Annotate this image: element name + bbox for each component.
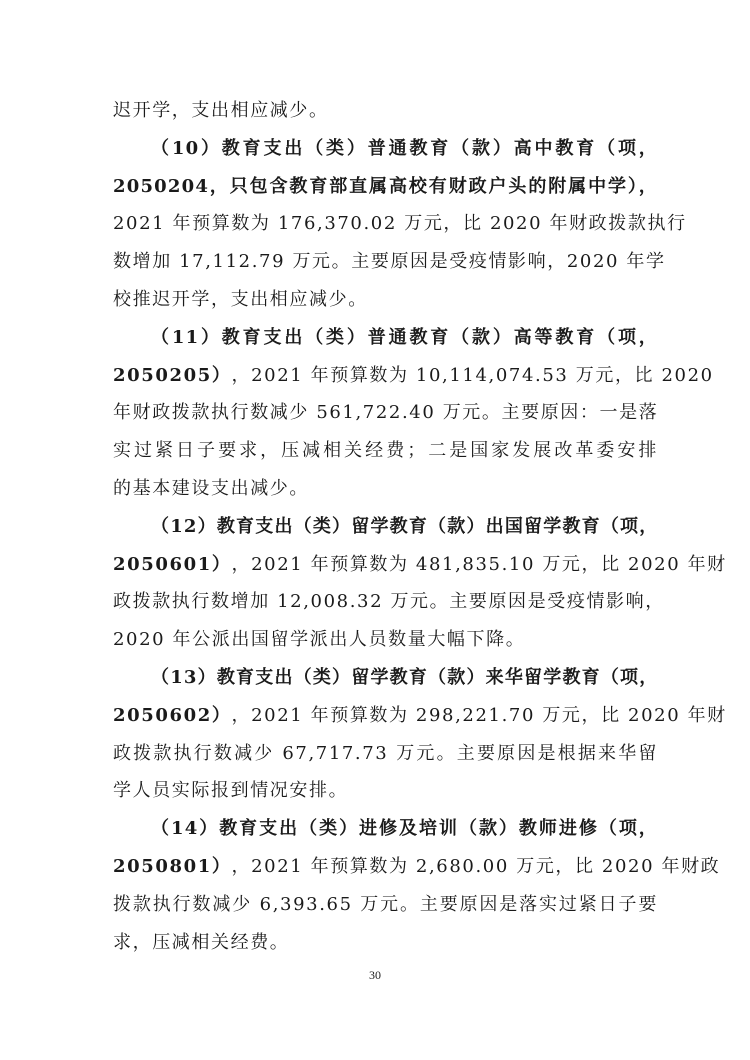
document-page: 迟开学，支出相应减少。 （10）教育支出（类）普通教育（款）高中教育（项， 20… — [113, 92, 658, 961]
paragraph-line: 2050601） ，2021 年预算数为 481,835.10 万元，比 202… — [113, 546, 658, 584]
item-code: 2050601） — [113, 546, 231, 584]
body-line: 2021 年预算数为 176,370.02 万元，比 2020 年财政拨款执行 — [113, 205, 658, 243]
body-line: 政拨款执行数增加 12,008.32 万元。主要原因是受疫情影响， — [113, 583, 658, 621]
section-heading: （13）教育支出（类）留学教育（款）来华留学教育（项， — [113, 659, 658, 697]
paragraph-line: 求，压减相关经费。 — [113, 924, 658, 962]
body-line: 政拨款执行数减少 67,717.73 万元。主要原因是根据来华留 — [113, 735, 658, 773]
paragraph-line: 年财政拨款执行数减少 561,722.40 万元。主要原因：一是落 — [113, 394, 658, 432]
section-heading: （10）教育支出（类）普通教育（款）高中教育（项， — [113, 130, 658, 168]
heading-line-2: 2050204，只包含教育部直属高校有财政户头的附属中学）， — [113, 168, 658, 206]
section-item-11: （11）教育支出（类）普通教育（款）高等教育（项， 2050205） ，2021… — [113, 319, 658, 508]
paragraph-line: 迟开学，支出相应减少。 — [113, 92, 658, 130]
section-heading: （11）教育支出（类）普通教育（款）高等教育（项， — [113, 319, 658, 357]
item-code: 2050801） — [113, 848, 231, 886]
item-code: 2050205） — [113, 357, 231, 395]
section-item-10: （10）教育支出（类）普通教育（款）高中教育（项， 2050204，只包含教育部… — [113, 130, 658, 319]
heading-line-1: （14）教育支出（类）进修及培训（款）教师进修（项， — [151, 810, 658, 848]
heading-line-1: （13）教育支出（类）留学教育（款）来华留学教育（项， — [151, 659, 658, 697]
heading-line-1: （10）教育支出（类）普通教育（款）高中教育（项， — [151, 130, 658, 168]
paragraph-line: 2050801） ，2021 年预算数为 2,680.00 万元，比 2020 … — [113, 848, 658, 886]
paragraph-line: 2050205） ，2021 年预算数为 10,114,074.53 万元，比 … — [113, 357, 658, 395]
body-line: 2020 年公派出国留学派出人员数量大幅下降。 — [113, 621, 525, 659]
body-line: ，2021 年预算数为 481,835.10 万元，比 2020 年财 — [231, 546, 726, 584]
heading-line-1: （12）教育支出（类）留学教育（款）出国留学教育（项， — [151, 508, 658, 546]
body-line: ，2021 年预算数为 10,114,074.53 万元，比 2020 — [231, 357, 713, 395]
intro-tail-text: 迟开学，支出相应减少。 — [113, 92, 329, 130]
body-line: 拨款执行数减少 6,393.65 万元。主要原因是落实过紧日子要 — [113, 886, 658, 924]
paragraph-line: 2021 年预算数为 176,370.02 万元，比 2020 年财政拨款执行 — [113, 205, 658, 243]
paragraph-line: 拨款执行数减少 6,393.65 万元。主要原因是落实过紧日子要 — [113, 886, 658, 924]
item-code: 2050602） — [113, 697, 231, 735]
section-item-13: （13）教育支出（类）留学教育（款）来华留学教育（项， 2050602） ，20… — [113, 659, 658, 810]
section-item-14: （14）教育支出（类）进修及培训（款）教师进修（项， 2050801） ，202… — [113, 810, 658, 961]
paragraph-line: 学人员实际报到情况安排。 — [113, 772, 658, 810]
paragraph-line: 政拨款执行数减少 67,717.73 万元。主要原因是根据来华留 — [113, 735, 658, 773]
body-line: 实过紧日子要求，压减相关经费；二是国家发展改革委安排 — [113, 432, 658, 470]
heading-line-1: （11）教育支出（类）普通教育（款）高等教育（项， — [151, 319, 658, 357]
body-line: ，2021 年预算数为 298,221.70 万元，比 2020 年财 — [231, 697, 726, 735]
body-line: 的基本建设支出减少。 — [113, 470, 309, 508]
body-line: 学人员实际报到情况安排。 — [113, 772, 348, 810]
body-line: 年财政拨款执行数减少 561,722.40 万元。主要原因：一是落 — [113, 394, 658, 432]
paragraph-line: 政拨款执行数增加 12,008.32 万元。主要原因是受疫情影响， — [113, 583, 658, 621]
section-item-12: （12）教育支出（类）留学教育（款）出国留学教育（项， 2050601） ，20… — [113, 508, 658, 659]
body-line: 求，压减相关经费。 — [113, 924, 289, 962]
section-heading: （12）教育支出（类）留学教育（款）出国留学教育（项， — [113, 508, 658, 546]
body-line: 数增加 17,112.79 万元。主要原因是受疫情影响，2020 年学 — [113, 243, 658, 281]
paragraph-line: 数增加 17,112.79 万元。主要原因是受疫情影响，2020 年学 — [113, 243, 658, 281]
body-line: 校推迟开学，支出相应减少。 — [113, 281, 368, 319]
paragraph-line: 的基本建设支出减少。 — [113, 470, 658, 508]
section-heading: （14）教育支出（类）进修及培训（款）教师进修（项， — [113, 810, 658, 848]
body-line: ，2021 年预算数为 2,680.00 万元，比 2020 年财政 — [231, 848, 720, 886]
section-heading: 2050204，只包含教育部直属高校有财政户头的附属中学）， — [113, 168, 658, 206]
paragraph-line: 校推迟开学，支出相应减少。 — [113, 281, 658, 319]
paragraph-line: 2020 年公派出国留学派出人员数量大幅下降。 — [113, 621, 658, 659]
paragraph-line: 2050602） ，2021 年预算数为 298,221.70 万元，比 202… — [113, 697, 658, 735]
page-number: 30 — [0, 968, 750, 983]
paragraph-line: 实过紧日子要求，压减相关经费；二是国家发展改革委安排 — [113, 432, 658, 470]
